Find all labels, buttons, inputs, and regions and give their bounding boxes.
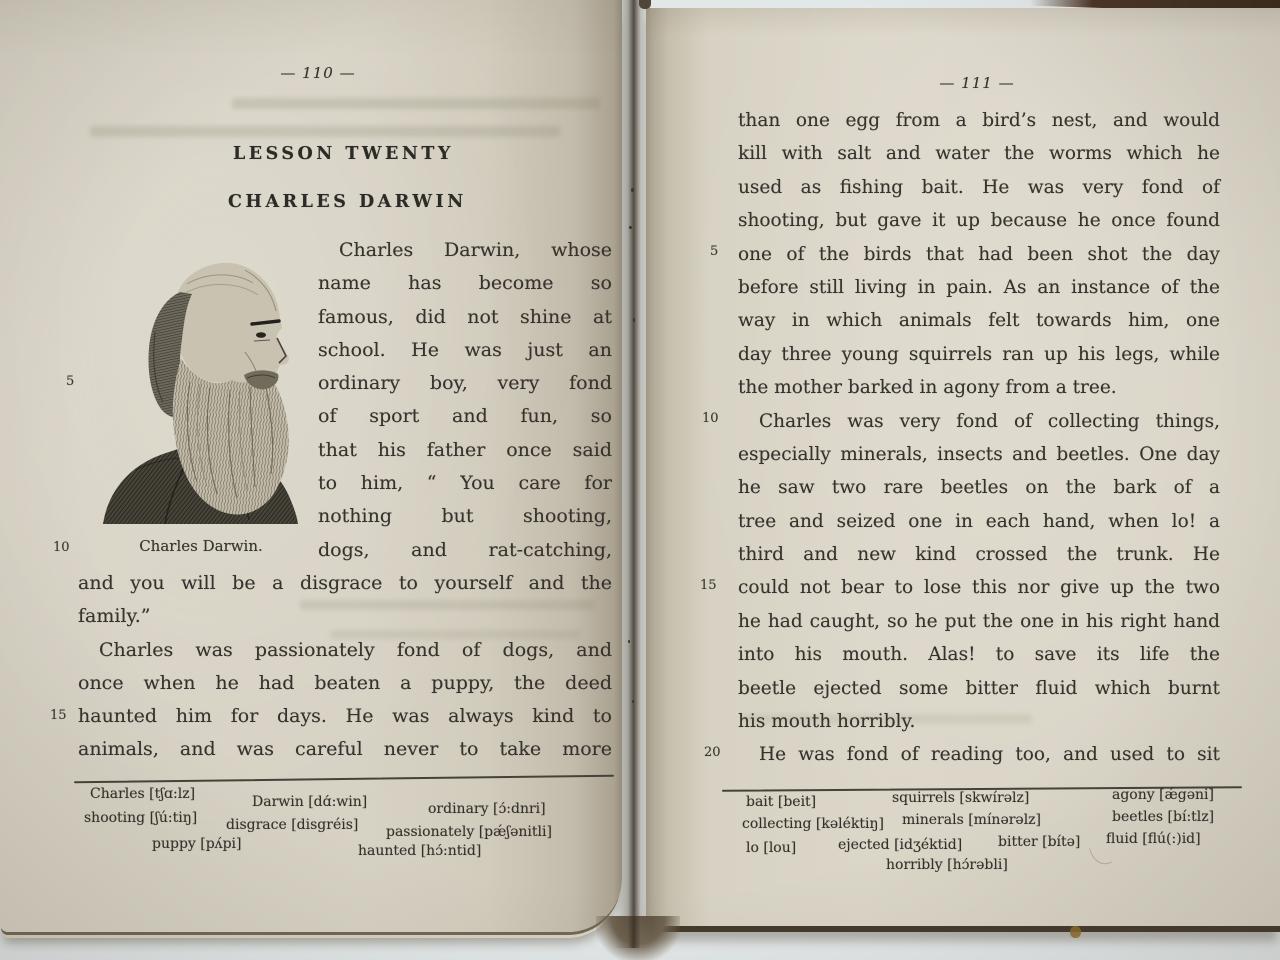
text-line: nothing but shooting,	[318, 500, 612, 533]
text-line: family.”	[78, 600, 612, 633]
text-line: to him, “ You care for	[318, 467, 612, 500]
text-line: name has become so	[318, 267, 612, 300]
bleedthrough-smudge	[90, 126, 560, 137]
text-line: third and new kind crossed the trunk. He	[738, 538, 1220, 571]
margin-line-number: 15	[50, 708, 67, 723]
text-line: Charles was very fond of collecting thin…	[738, 405, 1220, 438]
text-line: Charles Darwin, whose	[318, 234, 612, 267]
vocab-entry: agony [ǽgəni]	[1112, 787, 1214, 803]
text-line: school. He was just an	[318, 334, 612, 367]
margin-line-number: 20	[704, 745, 721, 760]
vocab-entry: haunted [hɔ́:ntid]	[358, 843, 481, 859]
text-line: he saw two rare beetles on the bark of a	[738, 471, 1220, 504]
left-page-wide-text-column: and you will be a disgrace to yourself a…	[78, 567, 612, 767]
margin-line-number: 15	[700, 578, 717, 593]
text-line: way in which animals felt towards him, o…	[738, 304, 1220, 337]
text-line: beetle ejected some bitter fluid which b…	[738, 672, 1220, 705]
dust-speck	[632, 700, 634, 703]
text-line: shooting, but gave it up because he once…	[738, 204, 1220, 237]
page-number-110: — 110 —	[258, 64, 378, 82]
text-line: Charles was passionately fond of dogs, a…	[78, 634, 612, 667]
vocab-entry: beetles [bí:tlz]	[1112, 809, 1214, 825]
page-edge-stain	[1070, 926, 1081, 938]
dust-speck	[631, 188, 634, 192]
vocab-entry: Charles [tʃɑ:lz]	[90, 786, 195, 802]
text-line: that his father once said	[318, 434, 612, 467]
text-line: than one egg from a bird’s nest, and wou…	[738, 104, 1220, 137]
bleedthrough-smudge	[232, 98, 600, 109]
vocab-entry: ejected [idʒéktid]	[838, 837, 962, 853]
vocab-entry: bait [beit]	[746, 794, 816, 810]
charles-darwin-portrait-engraving	[95, 232, 307, 524]
portrait-caption: Charles Darwin.	[95, 537, 307, 555]
text-line: ordinary boy, very fond	[318, 367, 612, 400]
text-line: before still living in pain. As an insta…	[738, 271, 1220, 304]
page-number-111: — 111 —	[917, 74, 1037, 92]
margin-line-number: 10	[702, 411, 719, 426]
text-line: day three young squirrels ran up his leg…	[738, 338, 1220, 371]
text-line: famous, did not shine at	[318, 301, 612, 334]
text-line: used as fishing bait. He was very fond o…	[738, 171, 1220, 204]
text-line: he had caught, so he put the one in his …	[738, 605, 1220, 638]
text-line: into his mouth. Alas! to save its life t…	[738, 638, 1220, 671]
vocab-entry: collecting [kəléktiŋ]	[742, 816, 884, 832]
vocab-entry: bitter [bítə]	[998, 834, 1080, 850]
text-line: his mouth horribly.	[738, 705, 1220, 738]
text-line: one of the birds that had been shot the …	[738, 238, 1220, 271]
vocab-entry: Darwin [dɑ́:win]	[252, 794, 367, 810]
vocab-entry: lo [lou]	[746, 840, 796, 856]
vocab-entry: minerals [mínərəlz]	[902, 812, 1041, 828]
text-line: dogs, and rat-catching,	[318, 534, 612, 567]
text-line: of sport and fun, so	[318, 400, 612, 433]
dust-speck	[628, 640, 630, 643]
text-line: especially minerals, insects and beetles…	[738, 438, 1220, 471]
vocab-entry: disgrace [disgréis]	[226, 817, 358, 833]
vocab-entry: fluid [flú(:)id]	[1106, 831, 1201, 847]
margin-line-number: 5	[66, 374, 74, 389]
vocab-entry: shooting [ʃú:tiŋ]	[84, 810, 197, 826]
vocab-entry: puppy [pʌ́pi]	[152, 836, 242, 852]
vocab-entry: ordinary [ɔ́:dnri]	[428, 801, 546, 817]
text-line: He was fond of reading too, and used to …	[738, 738, 1220, 771]
left-page-narrow-text-column: Charles Darwin, whose name has become so…	[318, 234, 612, 567]
text-line: the mother barked in agony from a tree.	[738, 371, 1220, 404]
gutter-top-edge	[639, 0, 651, 9]
book-gutter	[614, 0, 652, 948]
text-line: kill with salt and water the worms which…	[738, 137, 1220, 170]
text-line: could not bear to lose this nor give up …	[738, 571, 1220, 604]
margin-line-number: 5	[710, 244, 718, 259]
margin-line-number: 10	[53, 540, 70, 555]
lesson-title: CHARLES DARWIN	[228, 192, 467, 212]
text-line: haunted him for days. He was always kind…	[78, 700, 612, 733]
dust-speck	[629, 226, 632, 229]
text-line: animals, and was careful never to take m…	[78, 733, 612, 766]
lesson-label: LESSON TWENTY	[233, 144, 454, 164]
photo-of-open-book: { "colors": { "paper": "#d7d2c4", "ink":…	[0, 0, 1280, 960]
dust-speck	[633, 318, 635, 322]
right-page-text-column: than one egg from a bird’s nest, and wou…	[738, 104, 1220, 772]
vocab-entry: horribly [hɔ́rəbli]	[886, 857, 1008, 873]
text-line: tree and seized one in each hand, when l…	[738, 505, 1220, 538]
vocab-entry: passionately [pǽʃənitli]	[386, 824, 552, 840]
text-line: and you will be a disgrace to yourself a…	[78, 567, 612, 600]
text-line: once when he had beaten a puppy, the dee…	[78, 667, 612, 700]
vocab-entry: squirrels [skwírəlz]	[892, 790, 1029, 806]
